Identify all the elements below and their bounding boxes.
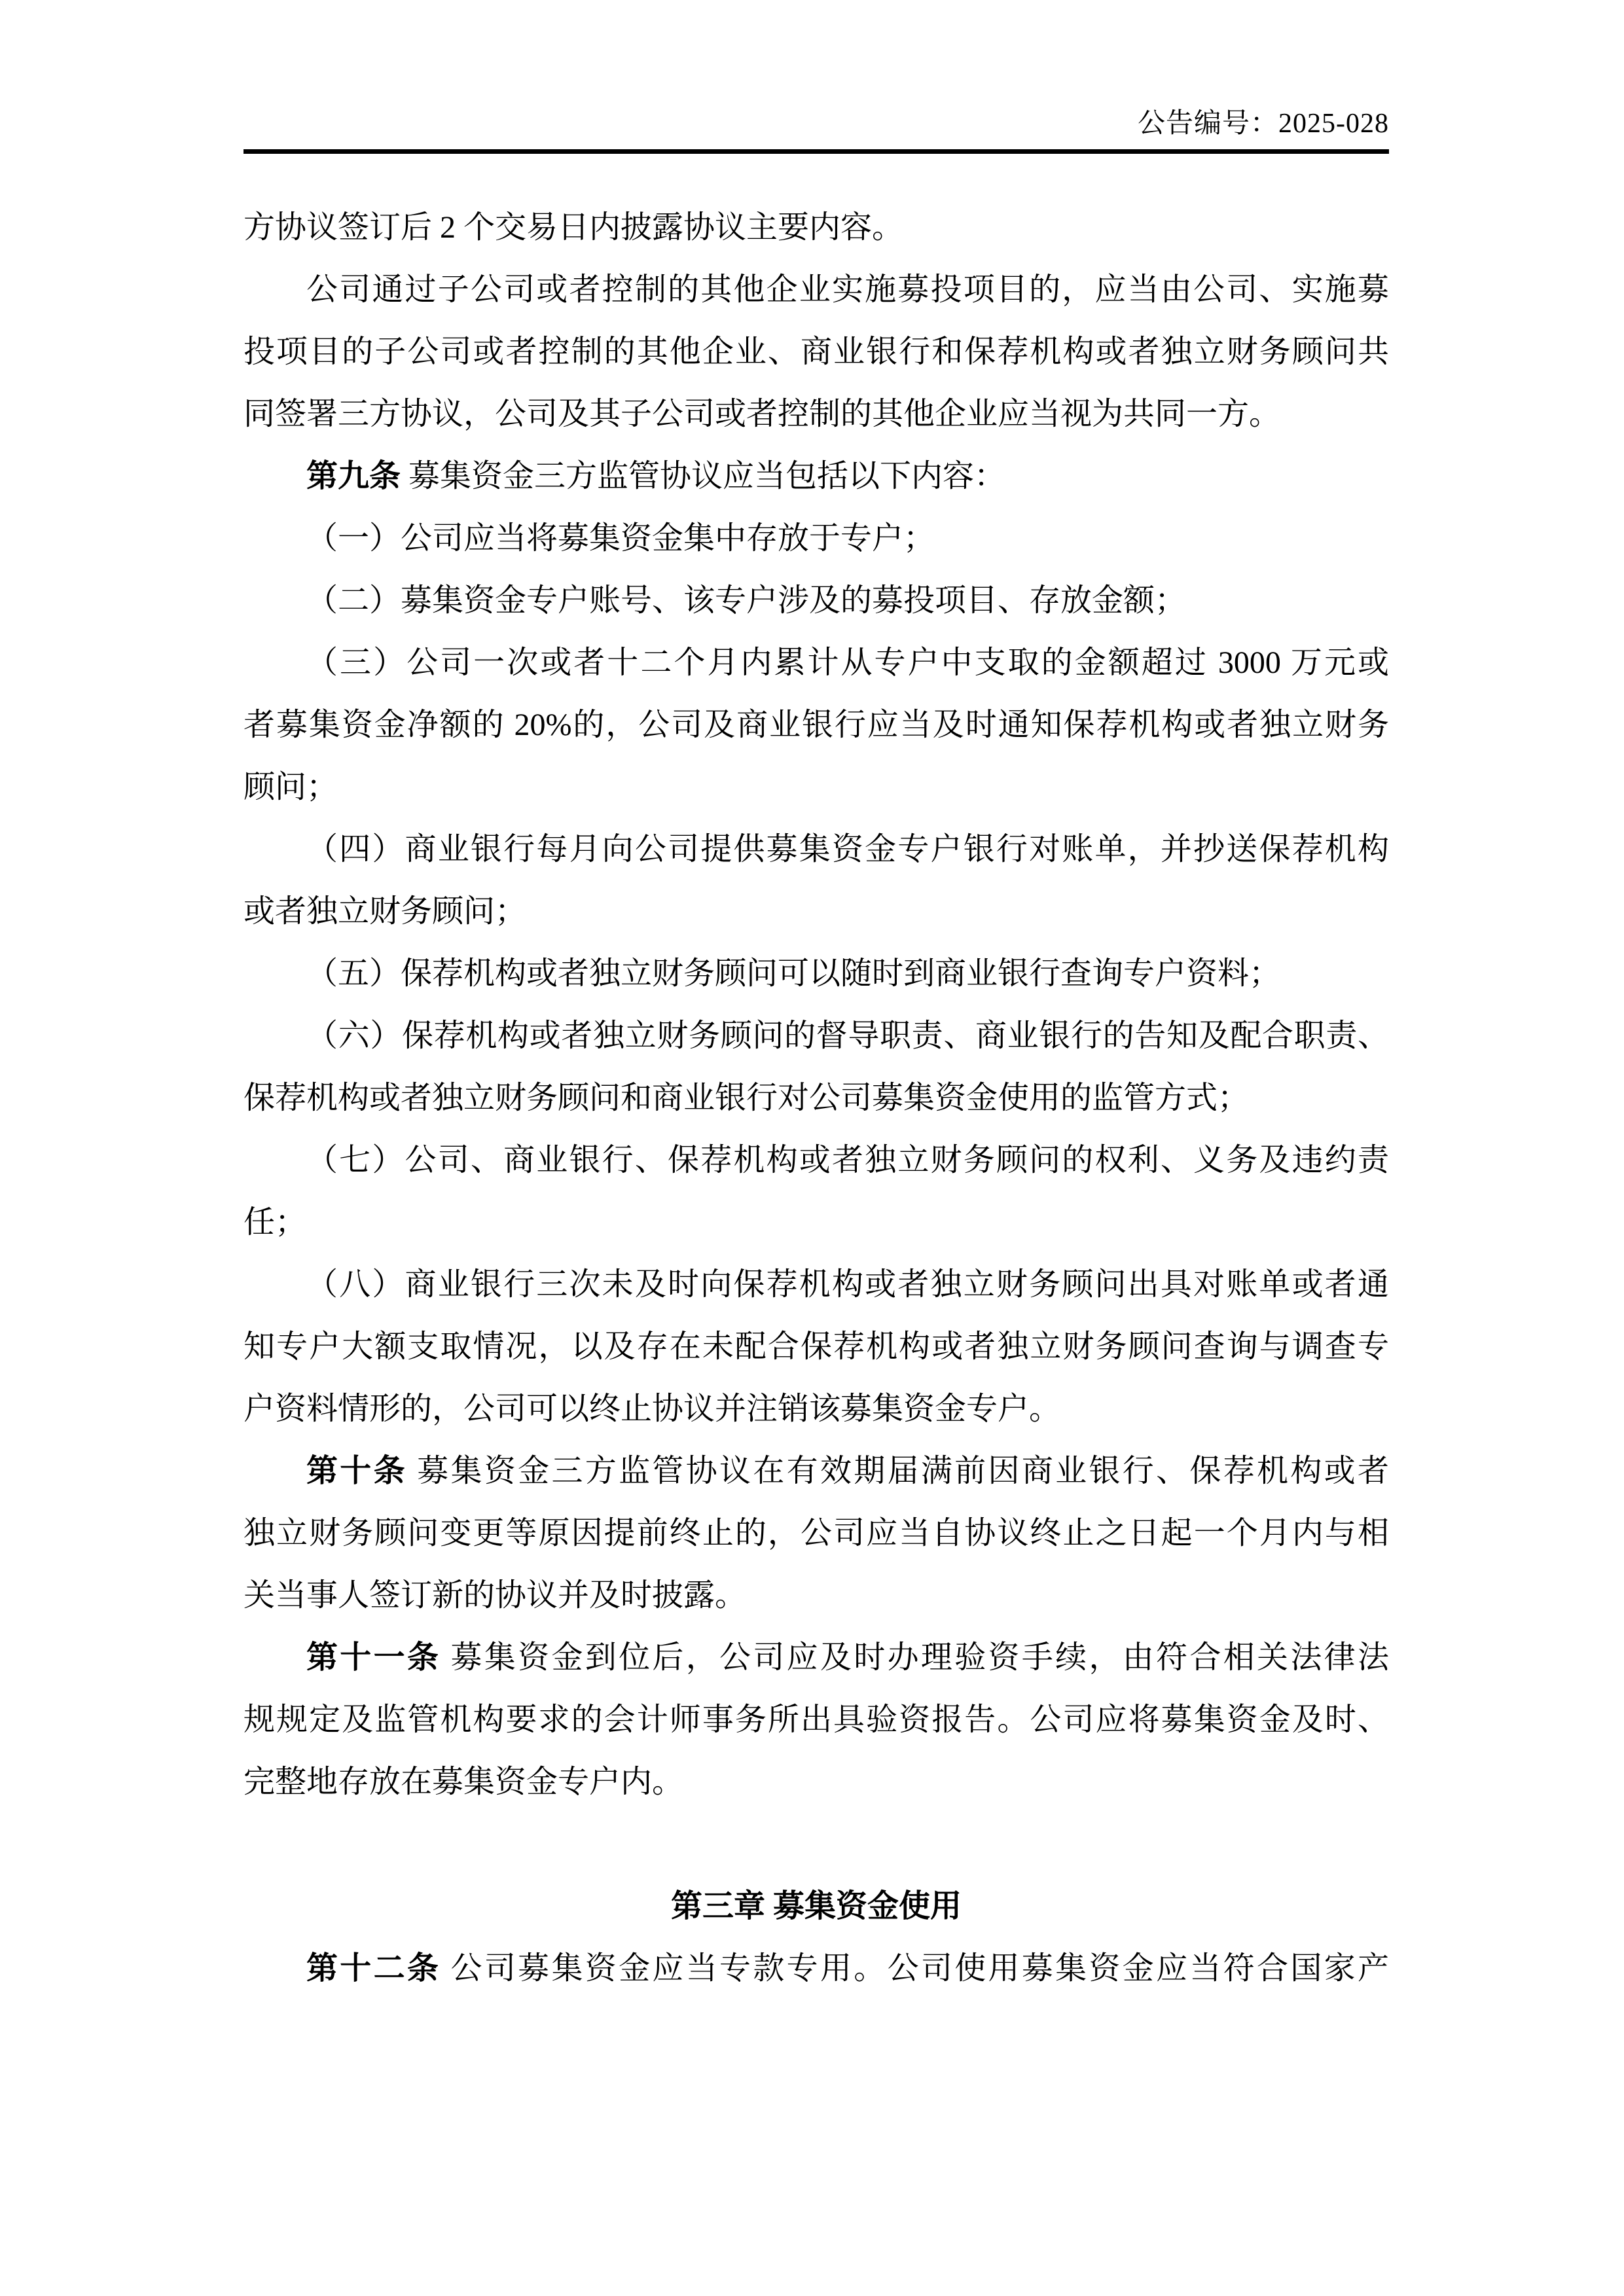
text-line: 投项目的子公司或者控制的其他企业、商业银行和保荐机构或者独立财务顾问共 bbox=[244, 321, 1389, 383]
text-line: （六）保荐机构或者独立财务顾问的督导职责、商业银行的告知及配合职责、 bbox=[244, 1005, 1389, 1067]
text-run: 知专户大额支取情况，以及存在未配合保荐机构或者独立财务顾问查询与调查专 bbox=[244, 1329, 1389, 1364]
document-page: 公告编号：2025-028 方协议签订后 2 个交易日内披露协议主要内容。公司通… bbox=[0, 0, 1624, 2296]
text-line: 公司通过子公司或者控制的其他企业实施募投项目的，应当由公司、实施募 bbox=[244, 259, 1389, 321]
text-line: 完整地存放在募集资金专户内。 bbox=[244, 1751, 1389, 1813]
bold-run: 第九条 bbox=[306, 459, 401, 493]
text-run: 方协议签订后 2 个交易日内披露协议主要内容。 bbox=[244, 210, 903, 245]
text-run: 募集资金三方监管协议应当包括以下内容： bbox=[401, 459, 1005, 493]
announcement-number: 公告编号：2025-028 bbox=[244, 105, 1389, 143]
text-line: 独立财务顾问变更等原因提前终止的，公司应当自协议终止之日起一个月内与相 bbox=[244, 1502, 1389, 1564]
text-run: 关当事人签订新的协议并及时披露。 bbox=[244, 1578, 746, 1613]
text-line: 同签署三方协议，公司及其子公司或者控制的其他企业应当视为共同一方。 bbox=[244, 383, 1389, 445]
text-line: （一）公司应当将募集资金集中存放于专户； bbox=[244, 507, 1389, 569]
text-run: 独立财务顾问变更等原因提前终止的，公司应当自协议终止之日起一个月内与相 bbox=[244, 1516, 1389, 1551]
text-line: 关当事人签订新的协议并及时披露。 bbox=[244, 1564, 1389, 1626]
text-run: 任； bbox=[244, 1205, 306, 1240]
text-line: 第十条 募集资金三方监管协议在有效期届满前因商业银行、保荐机构或者 bbox=[244, 1440, 1389, 1502]
bold-run: 第三章 募集资金使用 bbox=[671, 1889, 962, 1924]
text-run: 募集资金到位后，公司应及时办理验资手续，由符合相关法律法 bbox=[441, 1640, 1389, 1675]
text-line: 第九条 募集资金三方监管协议应当包括以下内容： bbox=[244, 445, 1389, 507]
text-run: 投项目的子公司或者控制的其他企业、商业银行和保荐机构或者独立财务顾问共 bbox=[244, 334, 1389, 369]
text-line: （二）募集资金专户账号、该专户涉及的募投项目、存放金额； bbox=[244, 569, 1389, 632]
text-line: （八）商业银行三次未及时向保荐机构或者独立财务顾问出具对账单或者通 bbox=[244, 1253, 1389, 1316]
text-run: 公司通过子公司或者控制的其他企业实施募投项目的，应当由公司、实施募 bbox=[306, 272, 1389, 307]
text-run: （六）保荐机构或者独立财务顾问的督导职责、商业银行的告知及配合职责、 bbox=[306, 1018, 1389, 1053]
text-run: 者募集资金净额的 20%的，公司及商业银行应当及时通知保荐机构或者独立财务 bbox=[244, 708, 1389, 742]
text-run: 规规定及监管机构要求的会计师事务所出具验资报告。公司应将募集资金及时、 bbox=[244, 1702, 1389, 1737]
text-run: （二）募集资金专户账号、该专户涉及的募投项目、存放金额； bbox=[306, 583, 1186, 618]
text-run: （三）公司一次或者十二个月内累计从专户中支取的金额超过 3000 万元或 bbox=[306, 645, 1389, 680]
bold-run: 第十条 bbox=[306, 1454, 407, 1488]
text-run: 募集资金三方监管协议在有效期届满前因商业银行、保荐机构或者 bbox=[407, 1454, 1389, 1488]
text-line: 保荐机构或者独立财务顾问和商业银行对公司募集资金使用的监管方式； bbox=[244, 1067, 1389, 1129]
text-line: （四）商业银行每月向公司提供募集资金专户银行对账单，并抄送保荐机构 bbox=[244, 818, 1389, 880]
text-run: 保荐机构或者独立财务顾问和商业银行对公司募集资金使用的监管方式； bbox=[244, 1081, 1249, 1115]
bold-run: 第十一条 bbox=[306, 1640, 441, 1675]
header-rule bbox=[244, 149, 1389, 154]
text-line: 第十一条 募集资金到位后，公司应及时办理验资手续，由符合相关法律法 bbox=[244, 1626, 1389, 1689]
text-run: 公司募集资金应当专款专用。公司使用募集资金应当符合国家产 bbox=[441, 1951, 1389, 1986]
document-body: 方协议签订后 2 个交易日内披露协议主要内容。公司通过子公司或者控制的其他企业实… bbox=[244, 196, 1389, 2000]
text-run: 户资料情形的，公司可以终止协议并注销该募集资金专户。 bbox=[244, 1391, 1060, 1426]
text-run: 同签署三方协议，公司及其子公司或者控制的其他企业应当视为共同一方。 bbox=[244, 397, 1280, 431]
text-line: 方协议签订后 2 个交易日内披露协议主要内容。 bbox=[244, 196, 1389, 259]
text-line: 规规定及监管机构要求的会计师事务所出具验资报告。公司应将募集资金及时、 bbox=[244, 1689, 1389, 1751]
bold-run: 第十二条 bbox=[306, 1951, 441, 1986]
text-run: （七）公司、商业银行、保荐机构或者独立财务顾问的权利、义务及违约责 bbox=[306, 1143, 1389, 1177]
text-run: （四）商业银行每月向公司提供募集资金专户银行对账单，并抄送保荐机构 bbox=[306, 832, 1389, 867]
text-run: 顾问； bbox=[244, 770, 338, 804]
text-line: 第十二条 公司募集资金应当专款专用。公司使用募集资金应当符合国家产 bbox=[244, 1937, 1389, 2000]
text-run: （一）公司应当将募集资金集中存放于专户； bbox=[306, 521, 935, 556]
blank-line bbox=[244, 1813, 1389, 1875]
text-line: 知专户大额支取情况，以及存在未配合保荐机构或者独立财务顾问查询与调查专 bbox=[244, 1316, 1389, 1378]
text-line: 或者独立财务顾问； bbox=[244, 880, 1389, 942]
text-line: 顾问； bbox=[244, 756, 1389, 818]
text-run: 或者独立财务顾问； bbox=[244, 894, 526, 929]
text-line: （三）公司一次或者十二个月内累计从专户中支取的金额超过 3000 万元或 bbox=[244, 632, 1389, 694]
text-line: 任； bbox=[244, 1191, 1389, 1253]
chapter-heading: 第三章 募集资金使用 bbox=[244, 1875, 1389, 1937]
text-run: （八）商业银行三次未及时向保荐机构或者独立财务顾问出具对账单或者通 bbox=[306, 1267, 1389, 1302]
text-line: （七）公司、商业银行、保荐机构或者独立财务顾问的权利、义务及违约责 bbox=[244, 1129, 1389, 1191]
text-run: 完整地存放在募集资金专户内。 bbox=[244, 1765, 683, 1799]
text-line: 户资料情形的，公司可以终止协议并注销该募集资金专户。 bbox=[244, 1378, 1389, 1440]
text-run: （五）保荐机构或者独立财务顾问可以随时到商业银行查询专户资料； bbox=[306, 956, 1280, 991]
text-line: （五）保荐机构或者独立财务顾问可以随时到商业银行查询专户资料； bbox=[244, 942, 1389, 1005]
text-line: 者募集资金净额的 20%的，公司及商业银行应当及时通知保荐机构或者独立财务 bbox=[244, 694, 1389, 756]
